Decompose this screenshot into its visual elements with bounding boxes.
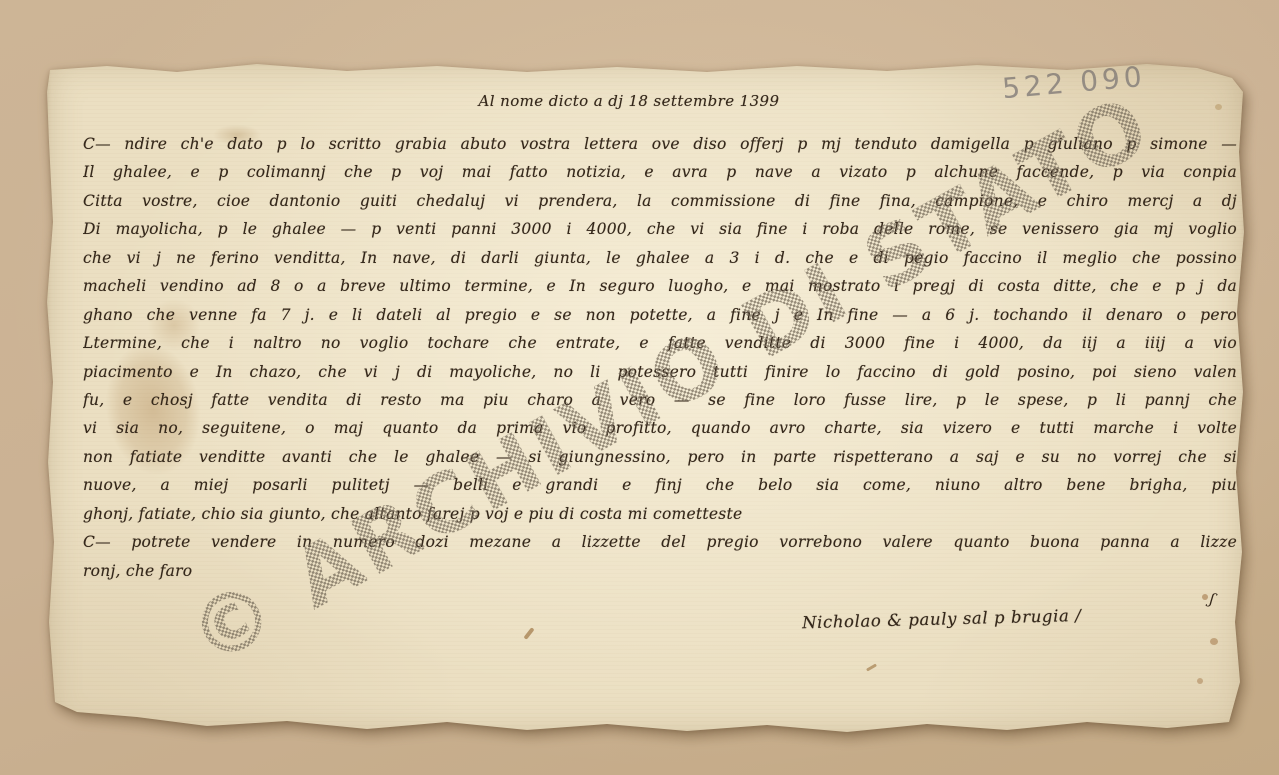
manuscript-paper-wrapper: 522 090 Al nome dicto a dj 18 settembre … xyxy=(47,62,1245,734)
scanner-background: 522 090 Al nome dicto a dj 18 settembre … xyxy=(0,0,1279,775)
stray-ink-mark: ʃ xyxy=(1208,590,1216,608)
paper-fiber-speck xyxy=(523,627,534,640)
manuscript-postscript-line: C— potrete vendere in numero dozi mezane… xyxy=(83,528,1237,556)
manuscript-paper: 522 090 Al nome dicto a dj 18 settembre … xyxy=(47,62,1245,734)
manuscript-line: ghonj, fatiate, chio sia giunto, che alt… xyxy=(83,500,1237,528)
manuscript-line: fu, e chosj fatte vendita di resto ma pi… xyxy=(83,386,1237,414)
manuscript-line: Citta vostre, cioe dantonio guiti chedal… xyxy=(83,187,1237,215)
edge-fox-spot xyxy=(1202,594,1208,600)
manuscript-line: piacimento e In chazo, che vi j di mayol… xyxy=(83,358,1237,386)
signature-line: Nicholao & pauly sal p brugia / xyxy=(802,603,1202,632)
manuscript-line: ghano che venne fa 7 j. e li dateli al p… xyxy=(83,301,1237,329)
manuscript-line: C— ndire ch'e dato p lo scritto grabia a… xyxy=(83,130,1237,158)
paper-fiber-speck xyxy=(866,663,877,671)
edge-fox-spot xyxy=(1210,638,1218,645)
manuscript-line: macheli vendino ad 8 o a breve ultimo te… xyxy=(83,272,1237,300)
archival-number-pencil: 522 090 xyxy=(1001,60,1147,105)
edge-fox-spot xyxy=(1215,104,1222,110)
manuscript-line: non fatiate venditte avanti che le ghale… xyxy=(83,443,1237,471)
date-header-line: Al nome dicto a dj 18 settembre 1399 xyxy=(439,92,819,110)
manuscript-line: Ltermine, che i naltro no voglio tochare… xyxy=(83,329,1237,357)
manuscript-line: Di mayolicha, p le ghalee — p venti pann… xyxy=(83,215,1237,243)
manuscript-line: nuove, a miej posarli pulitetj — belli e… xyxy=(83,471,1237,499)
manuscript-line: Il ghalee, e p colimannj che p voj mai f… xyxy=(83,158,1237,186)
letter-body: C— ndire ch'e dato p lo scritto grabia a… xyxy=(83,130,1237,585)
manuscript-postscript-line: ronj, che faro xyxy=(83,557,1237,585)
manuscript-line: che vi j ne ferino venditta, In nave, di… xyxy=(83,244,1237,272)
manuscript-line: vi sia no, seguitene, o maj quanto da pr… xyxy=(83,414,1237,442)
edge-fox-spot xyxy=(1197,678,1203,684)
